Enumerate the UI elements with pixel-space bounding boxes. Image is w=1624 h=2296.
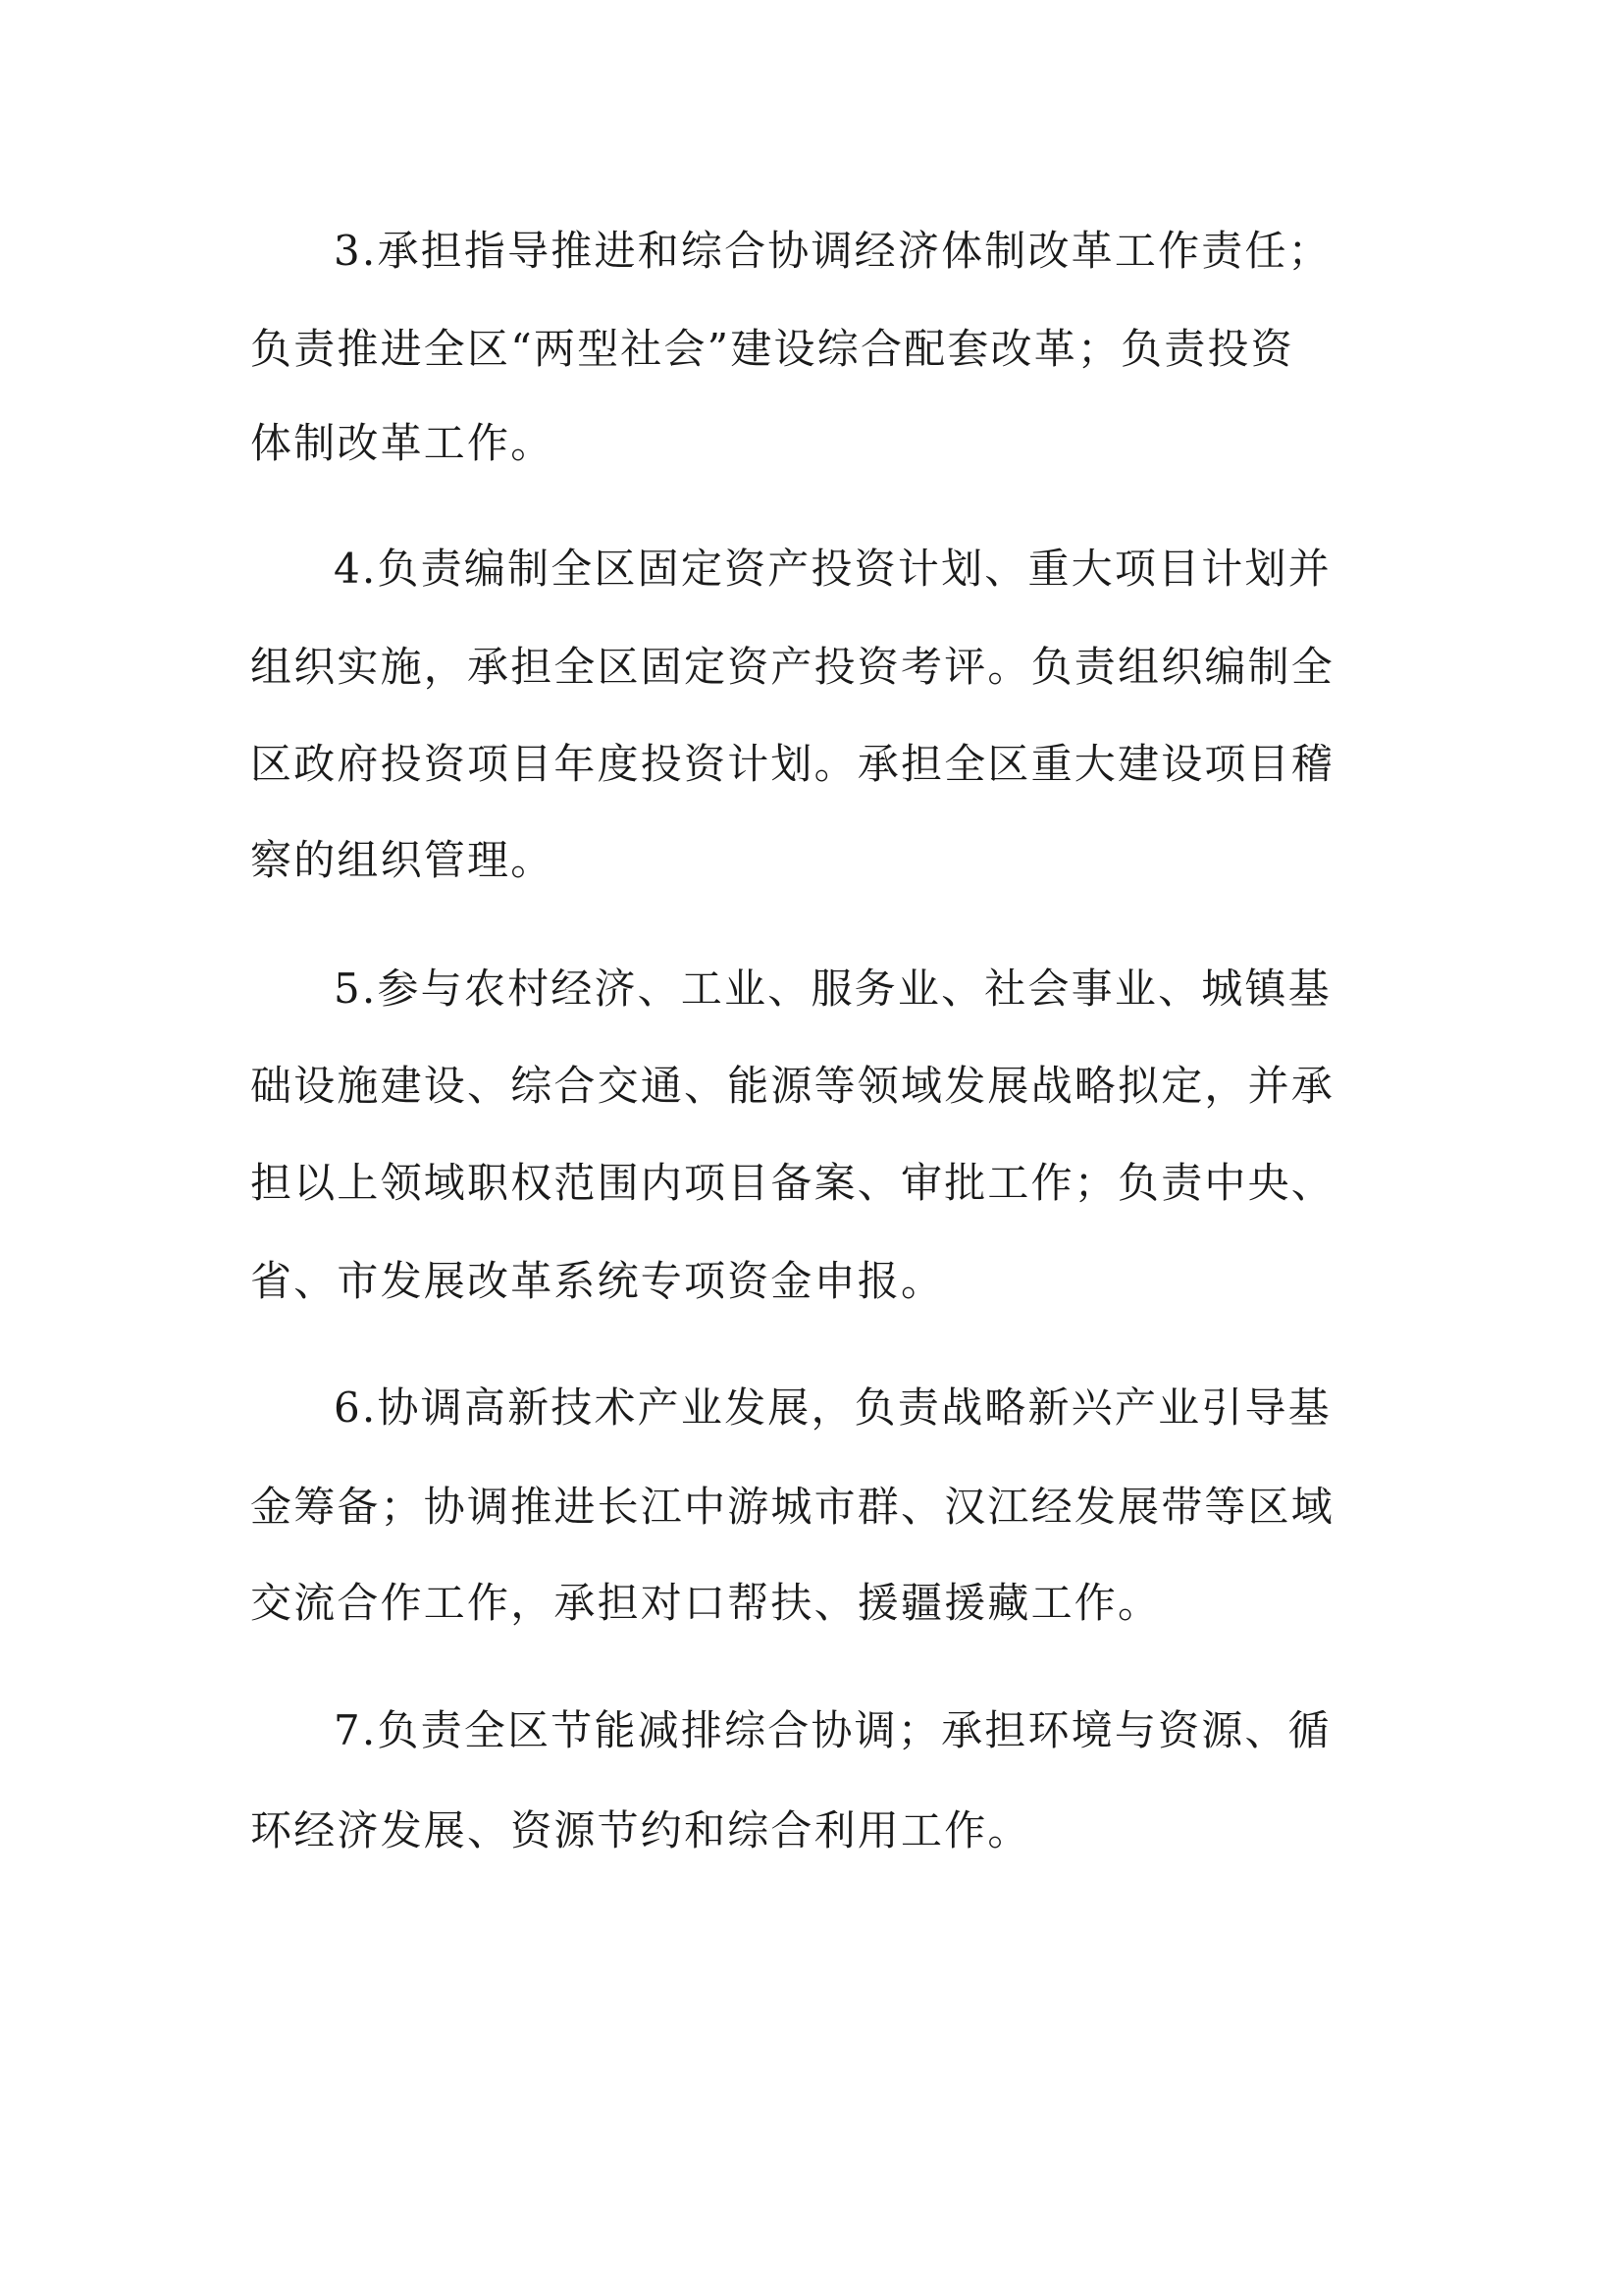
paragraph-line: 负责推进全区“两型社会”建设综合配套改革；负责投资 bbox=[250, 328, 1349, 371]
paragraph-line: 交流合作工作，承担对口帮扶、援疆援藏工作。 bbox=[250, 1582, 1349, 1625]
paragraph-line: 5.参与农村经济、工业、服务业、社会事业、城镇基 bbox=[334, 967, 1433, 1011]
paragraph-line: 金筹备；协调推进长江中游城市群、汉江经发展带等区域 bbox=[250, 1486, 1349, 1529]
paragraph-line: 3.承担指导推进和综合协调经济体制改革工作责任； bbox=[334, 230, 1433, 273]
paragraph-line: 担以上领域职权范围内项目备案、审批工作；负责中央、 bbox=[250, 1162, 1349, 1205]
paragraph-line: 环经济发展、资源节约和综合利用工作。 bbox=[250, 1809, 1349, 1852]
paragraph-line: 组织实施，承担全区固定资产投资考评。负责组织编制全 bbox=[250, 646, 1349, 689]
paragraph-line: 6.协调高新技术产业发展，负责战略新兴产业引导基 bbox=[334, 1386, 1433, 1430]
paragraph-line: 7.负责全区节能减排综合协调；承担环境与资源、循 bbox=[334, 1709, 1433, 1752]
paragraph-line: 础设施建设、综合交通、能源等领域发展战略拟定，并承 bbox=[250, 1065, 1349, 1108]
paragraph-line: 4.负责编制全区固定资产投资计划、重大项目计划并 bbox=[334, 548, 1433, 591]
paragraph-line: 察的组织管理。 bbox=[250, 839, 1349, 882]
document-page: 3.承担指导推进和综合协调经济体制改革工作责任； 负责推进全区“两型社会”建设综… bbox=[0, 0, 1624, 2296]
paragraph-line: 省、市发展改革系统专项资金申报。 bbox=[250, 1260, 1349, 1303]
paragraph-line: 体制改革工作。 bbox=[250, 422, 1349, 465]
paragraph-line: 区政府投资项目年度投资计划。承担全区重大建设项目稽 bbox=[250, 743, 1349, 786]
